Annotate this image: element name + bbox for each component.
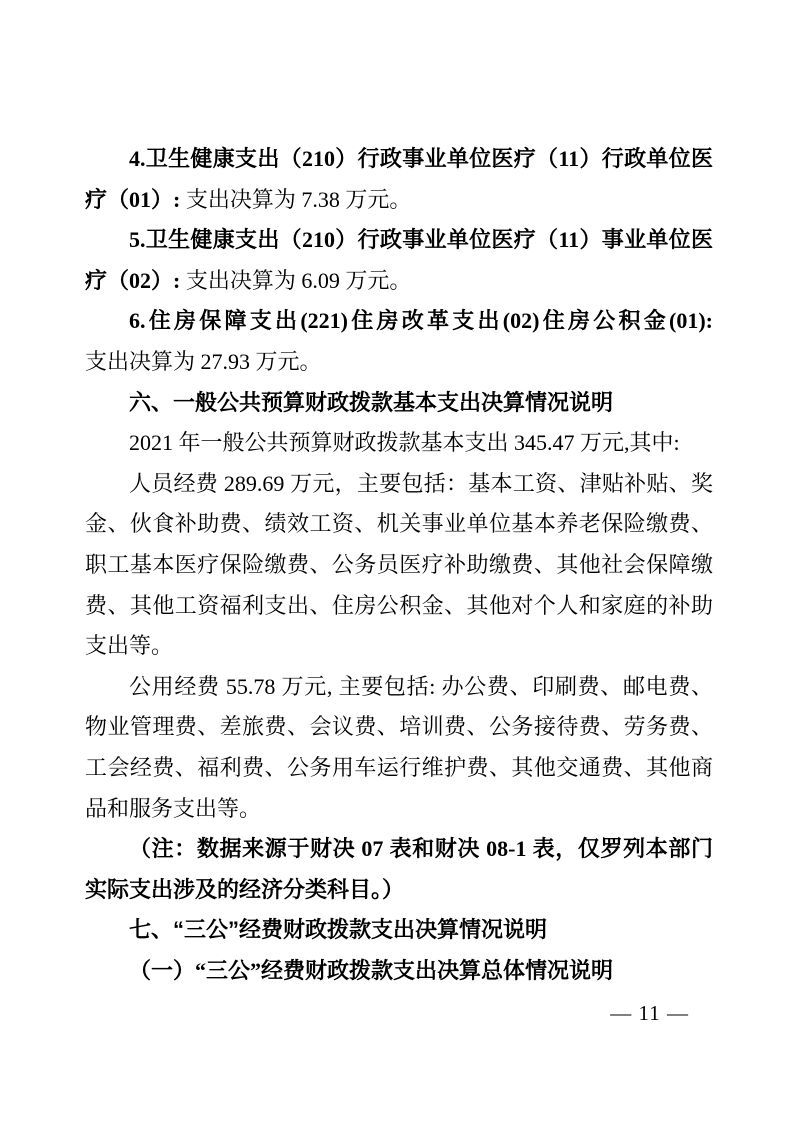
- public-funds-paragraph: 公用经费 55.78 万元, 主要包括: 办公费、印刷费、邮电费、物业管理费、差…: [85, 667, 713, 829]
- expense-item-6: 6.住房保障支出(221)住房改革支出(02)住房公积金(01):支出决算为 2…: [85, 301, 713, 382]
- document-page: 4.卫生健康支出（210）行政事业单位医疗（11）行政单位医疗（01）: 支出决…: [0, 0, 793, 1122]
- section-heading-7: 七、“三公”经费财政拨款支出决算情况说明: [85, 910, 713, 951]
- expense-item-6-value: 支出决算为 27.93 万元。: [85, 342, 713, 383]
- personnel-funds-paragraph: 人员经费 289.69 万元，主要包括：基本工资、津贴补贴、奖金、伙食补助费、绩…: [85, 464, 713, 667]
- note-paragraph: （注：数据来源于财决 07 表和财决 08-1 表，仅罗列本部门实际支出涉及的经…: [85, 829, 713, 910]
- page-number: — 11 —: [610, 1001, 689, 1025]
- expense-item-5: 5.卫生健康支出（210）行政事业单位医疗（11）事业单位医疗（02）: 支出决…: [85, 220, 713, 301]
- subsection-heading-1: （一）“三公”经费财政拨款支出决算总体情况说明: [85, 951, 713, 992]
- expense-item-5-value: 支出决算为 6.09 万元。: [180, 268, 411, 293]
- section-heading-6: 六、一般公共预算财政拨款基本支出决算情况说明: [85, 383, 713, 424]
- document-body: 4.卫生健康支出（210）行政事业单位医疗（11）行政单位医疗（01）: 支出决…: [85, 139, 713, 991]
- expense-item-4-value: 支出决算为 7.38 万元。: [180, 187, 411, 212]
- expense-item-6-title: 6.住房保障支出(221)住房改革支出(02)住房公积金(01):: [85, 301, 713, 342]
- expense-item-4: 4.卫生健康支出（210）行政事业单位医疗（11）行政单位医疗（01）: 支出决…: [85, 139, 713, 220]
- basic-expenditure-summary: 2021 年一般公共预算财政拨款基本支出 345.47 万元,其中:: [85, 423, 713, 464]
